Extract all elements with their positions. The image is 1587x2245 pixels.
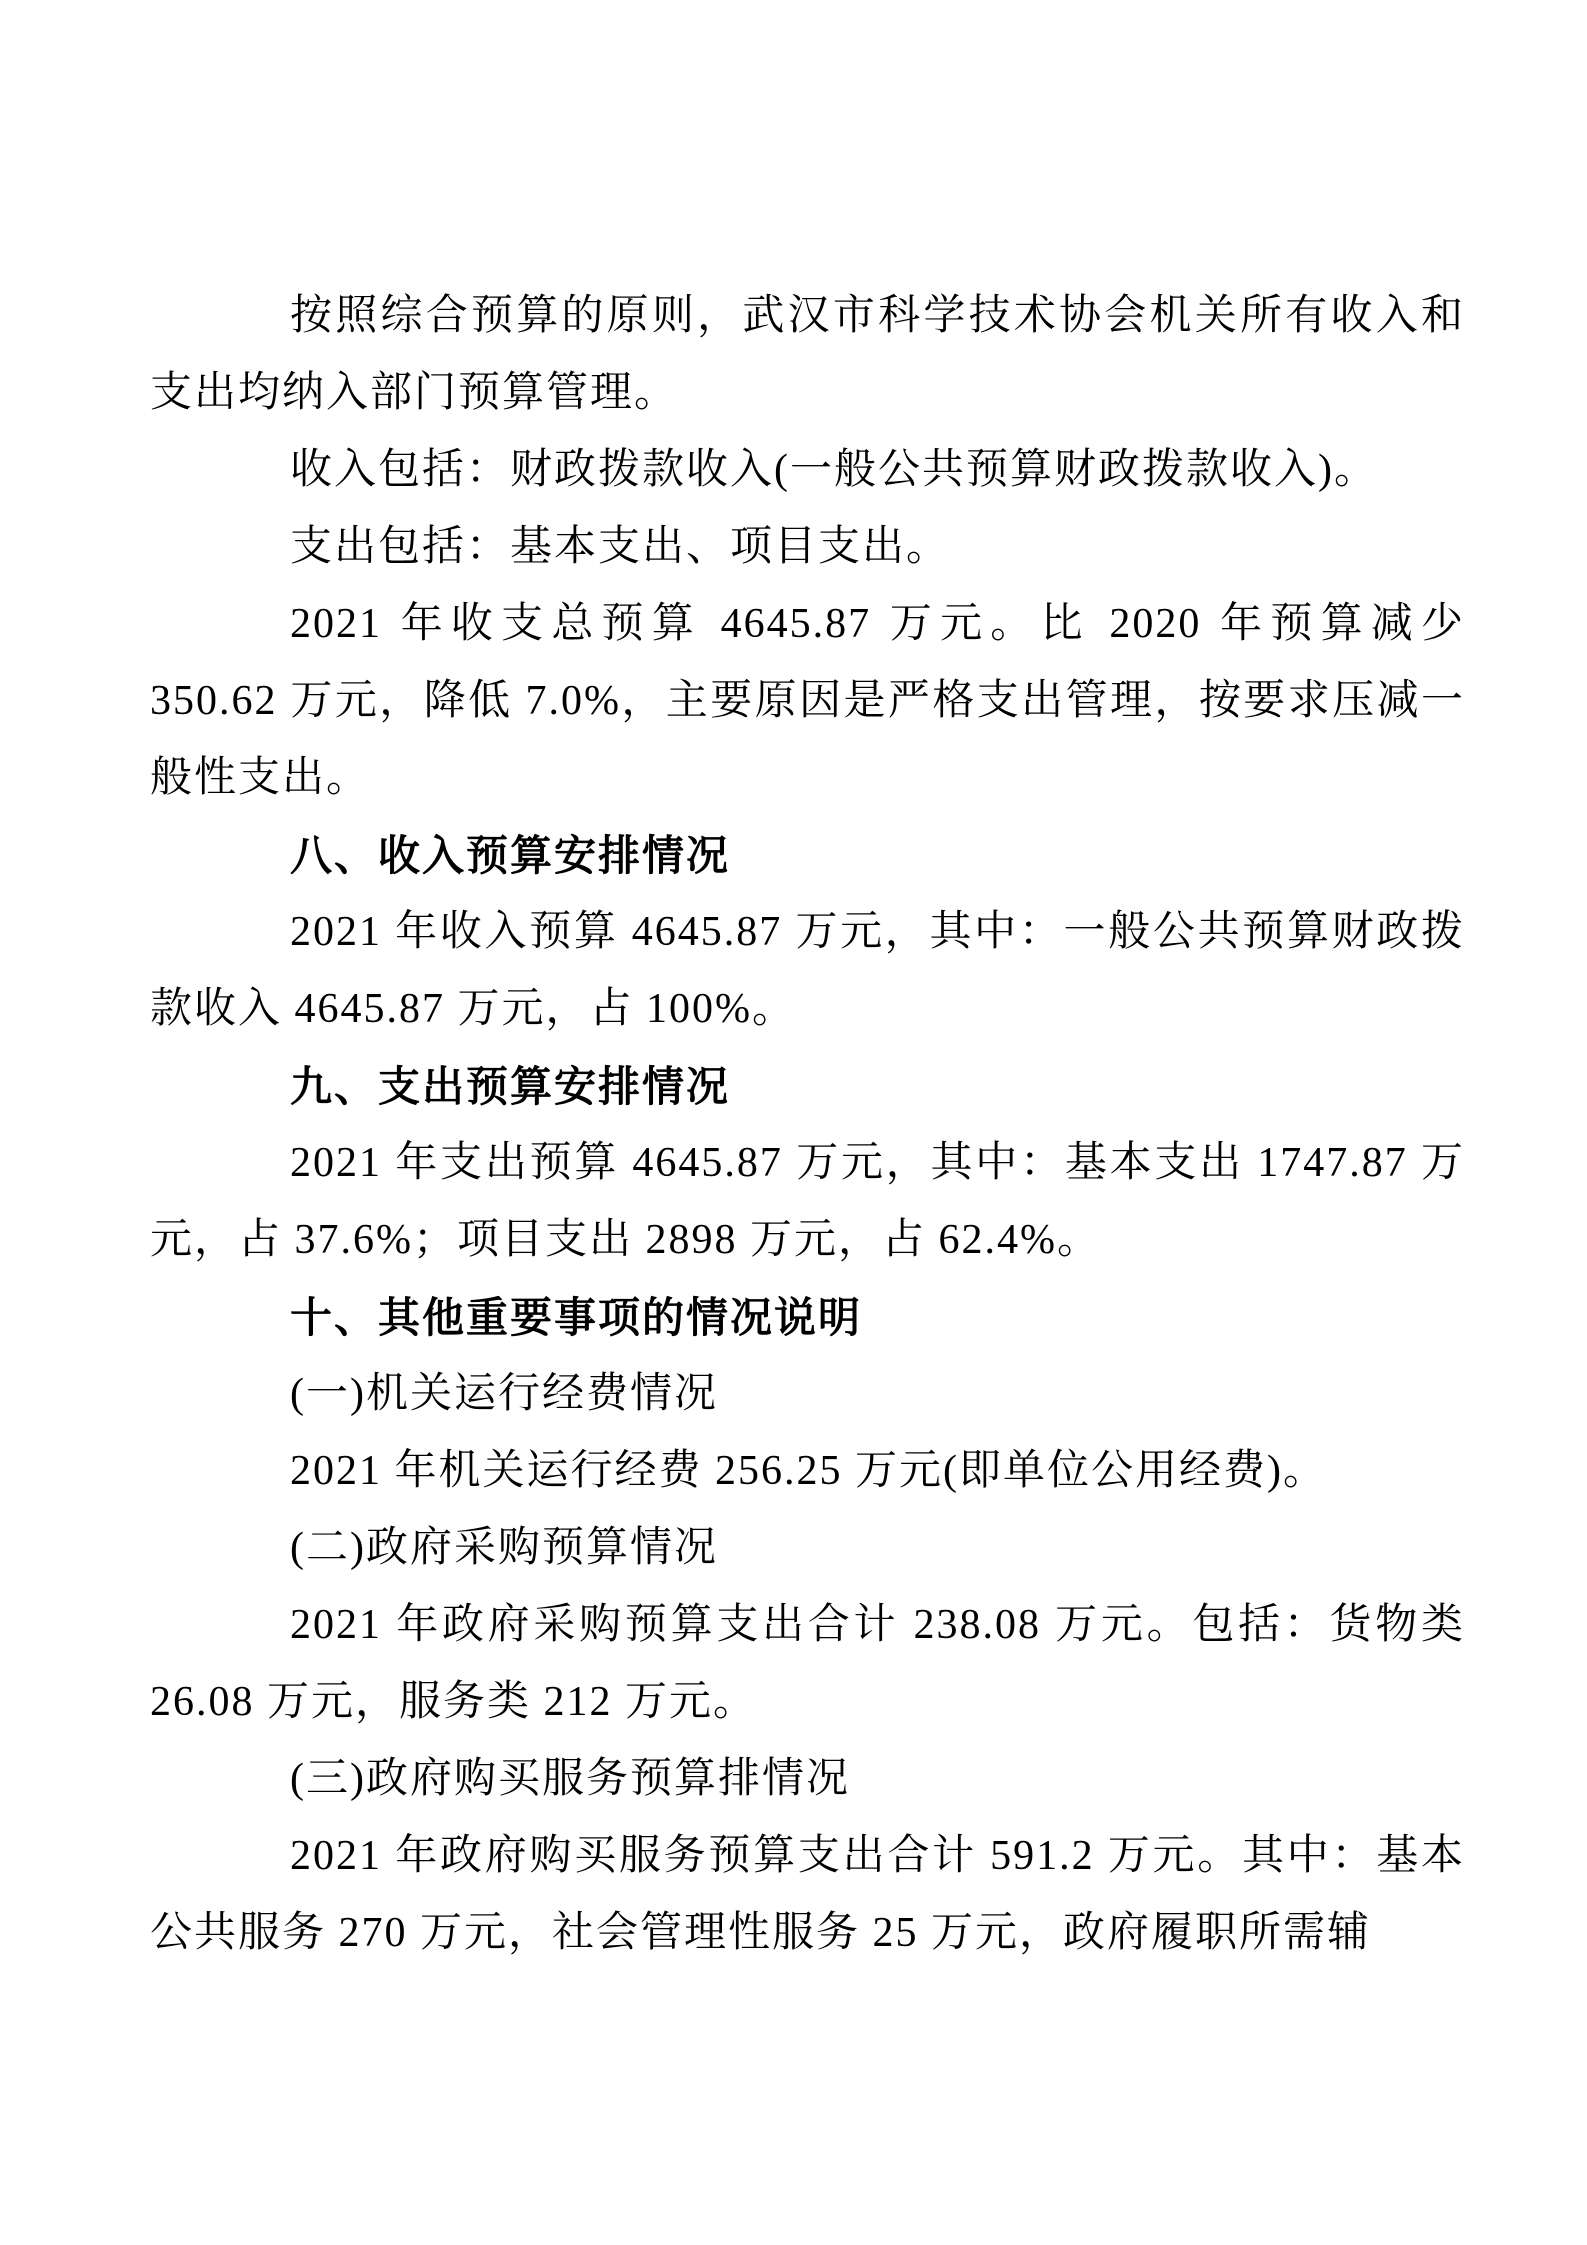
para-expenditure-includes: 支出包括：基本支出、项目支出。 [150, 509, 1465, 586]
para-government-purchased-services-detail: 2021 年政府购买服务预算支出合计 591.2 万元。其中：基本公共服务 27… [150, 1818, 1465, 1972]
subheading-3-government-purchased-services: (三)政府购买服务预算排情况 [150, 1741, 1465, 1818]
heading-section-10-other-important-matters: 十、其他重要事项的情况说明 [150, 1279, 1465, 1356]
para-expenditure-budget-detail: 2021 年支出预算 4645.87 万元，其中：基本支出 1747.87 万元… [150, 1125, 1465, 1279]
para-government-procurement-detail: 2021 年政府采购预算支出合计 238.08 万元。包括：货物类 26.08 … [150, 1587, 1465, 1741]
para-comprehensive-budget-principle: 按照综合预算的原则，武汉市科学技术协会机关所有收入和支出均纳入部门预算管理。 [150, 278, 1465, 432]
para-income-includes: 收入包括：财政拨款收入(一般公共预算财政拨款收入)。 [150, 432, 1465, 509]
heading-section-8-income-budget: 八、收入预算安排情况 [150, 817, 1465, 894]
para-total-budget-2021: 2021 年收支总预算 4645.87 万元。比 2020 年预算减少 350.… [150, 586, 1465, 817]
subheading-1-agency-operating-expenses: (一)机关运行经费情况 [150, 1356, 1465, 1433]
heading-section-9-expenditure-budget: 九、支出预算安排情况 [150, 1048, 1465, 1125]
para-agency-operating-expenses-detail: 2021 年机关运行经费 256.25 万元(即单位公用经费)。 [150, 1433, 1465, 1510]
para-income-budget-detail: 2021 年收入预算 4645.87 万元，其中：一般公共预算财政拨款收入 46… [150, 894, 1465, 1048]
subheading-2-government-procurement: (二)政府采购预算情况 [150, 1510, 1465, 1587]
document-page: 按照综合预算的原则，武汉市科学技术协会机关所有收入和支出均纳入部门预算管理。 收… [0, 0, 1587, 2245]
